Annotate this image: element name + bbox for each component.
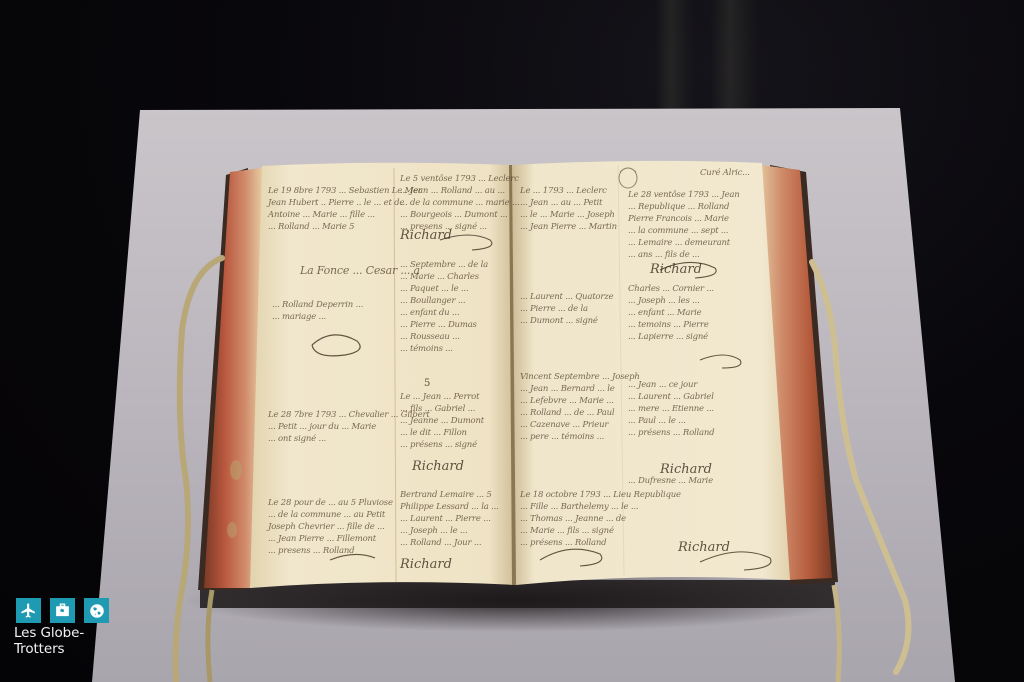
signature: Richard: [400, 557, 452, 572]
airplane-icon: [16, 598, 41, 623]
suitcase-icon: [50, 598, 75, 623]
watermark-text: Les Globe-Trotters: [14, 625, 124, 657]
signature: Richard: [400, 228, 452, 243]
signature: Richard: [650, 262, 702, 277]
open-register-book: Le 19 8bre 1793 ... Sebastien Le Mer Jea…: [0, 0, 1024, 682]
page-mark: 5: [424, 378, 430, 389]
signature: Richard: [412, 459, 464, 474]
signature: Richard: [660, 462, 712, 477]
header-note: Curé Alric...: [700, 168, 750, 178]
globe-icon: [84, 598, 109, 623]
signature: Richard: [678, 540, 730, 555]
watermark-logo: Les Globe-Trotters: [14, 598, 124, 657]
